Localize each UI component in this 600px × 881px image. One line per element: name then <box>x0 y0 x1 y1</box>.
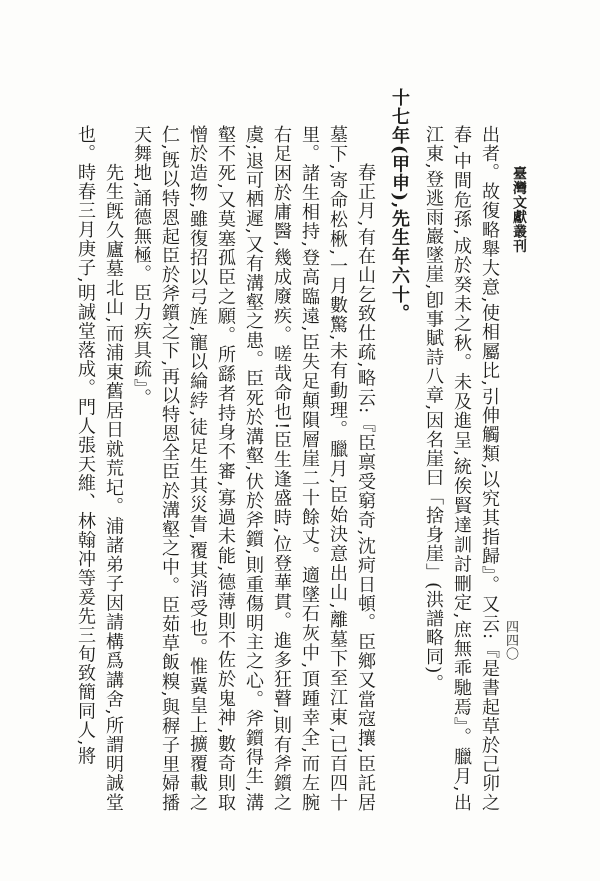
main-text-block: 出者。故復略舉大意,使相屬比,引伸觸類,以究其指歸』。又云:『是書起草於己卯之春… <box>41 88 503 812</box>
series-title: 臺灣文獻叢刊 <box>509 166 529 253</box>
closing-paragraph: 先生旣久廬墓北山,而浦東舊居日就荒圮。浦諸弟子因請構爲講舍,所謂明誠堂也。時春三… <box>71 88 127 812</box>
petition-paragraph: 春正月,有在山乞致仕疏,略云:『臣禀受窮奇,沈疴日頓。臣鄉又當寇攘,臣託居墓下,… <box>127 88 379 812</box>
year-heading: 十七年(甲申),先生年六十。 <box>385 88 413 812</box>
continuation-paragraph: 出者。故復略舉大意,使相屬比,引伸觸類,以究其指歸』。又云:『是書起草於己卯之春… <box>419 88 503 812</box>
book-page: 臺灣文獻叢刊 四四〇 出者。故復略舉大意,使相屬比,引伸觸類,以究其指歸』。又云… <box>0 0 600 881</box>
page-number: 四四〇 <box>501 620 520 661</box>
